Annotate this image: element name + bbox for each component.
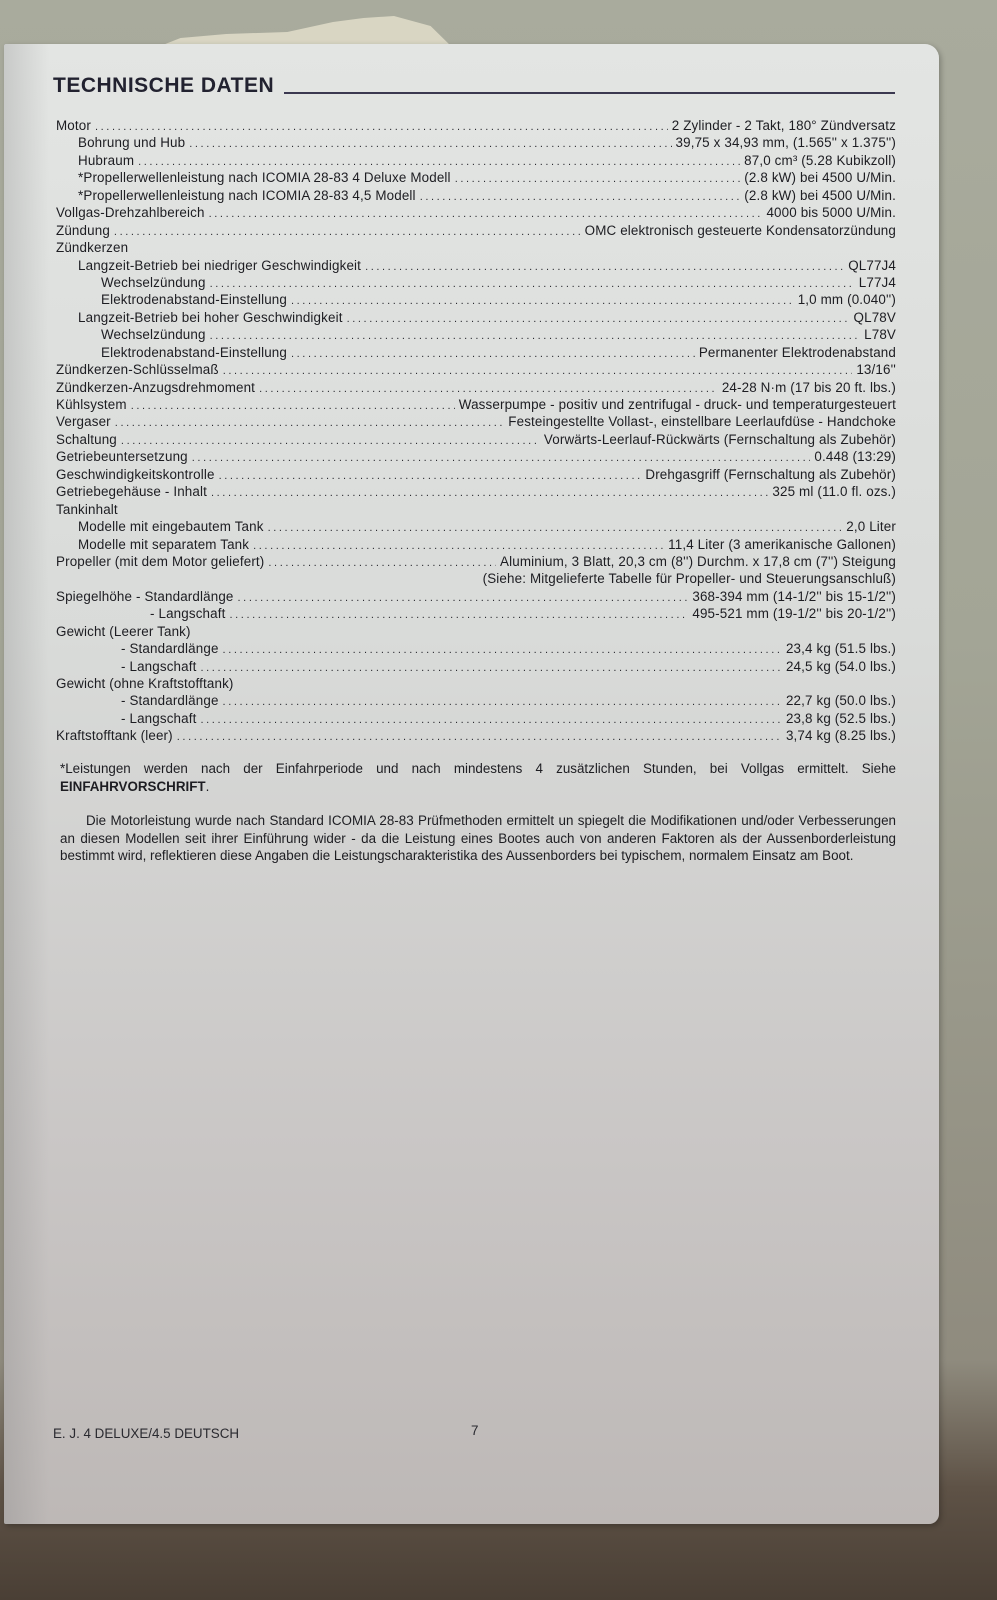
dot-leader: [131, 398, 455, 415]
spec-row: Bohrung und Hub39,75 x 34,93 mm, (1.565'…: [56, 134, 896, 151]
spec-value: OMC elektronisch gesteuerte Kondensatorz…: [585, 222, 896, 239]
spec-label: Hubraum: [56, 152, 134, 169]
spec-label: Zündkerzen-Anzugsdrehmoment: [56, 379, 255, 396]
spec-row: VergaserFesteingestellte Vollast-, einst…: [56, 413, 896, 430]
spec-row: *Propellerwellenleistung nach ICOMIA 28-…: [56, 169, 896, 186]
spec-value: 1,0 mm (0.040''): [798, 291, 896, 308]
spec-value: 495-521 mm (19-1/2'' bis 20-1/2''): [692, 605, 896, 622]
performance-paragraph: Die Motorleistung wurde nach Standard IC…: [60, 812, 896, 865]
spec-row: - Standardlänge23,4 kg (51.5 lbs.): [56, 640, 896, 657]
spec-label: Kühlsystem: [56, 396, 127, 413]
spec-row: Getriebegehäuse - Inhalt325 ml (11.0 fl.…: [56, 483, 896, 500]
spec-row: Elektrodenabstand-EinstellungPermanenter…: [56, 344, 896, 361]
spec-label: Bohrung und Hub: [56, 134, 185, 151]
spec-value: 0.448 (13:29): [814, 448, 896, 465]
spec-row: WechselzündungL78V: [56, 326, 896, 343]
spec-row: KühlsystemWasserpumpe - positiv und zent…: [56, 396, 896, 413]
spec-label: Getriebeuntersetzung: [56, 448, 188, 465]
spec-row: GeschwindigkeitskontrolleDrehgasgriff (F…: [56, 466, 896, 483]
dot-leader: [347, 311, 850, 328]
page-number: 7: [471, 1423, 478, 1438]
spec-row: Vollgas-Drehzahlbereich4000 bis 5000 U/M…: [56, 204, 896, 221]
spec-label: Zündung: [56, 222, 110, 239]
spec-label: - Langschaft: [56, 658, 197, 675]
spec-label: Gewicht (ohne Kraftstofftank): [56, 675, 234, 692]
spec-table: Motor2 Zylinder - 2 Takt, 180° Zündversa…: [56, 117, 896, 745]
dot-leader: [201, 712, 782, 729]
spec-label: Modelle mit eingebautem Tank: [56, 518, 264, 535]
spec-value: (Siehe: Mitgelieferte Tabelle für Propel…: [483, 570, 896, 587]
page-heading: TECHNISCHE DATEN: [53, 74, 895, 98]
spec-value: 2,0 Liter: [846, 518, 896, 535]
dot-leader: [291, 293, 794, 310]
spec-label: - Langschaft: [56, 710, 197, 727]
spec-row: Langzeit-Betrieb bei niedriger Geschwind…: [56, 257, 896, 274]
dot-leader: [189, 136, 671, 153]
spec-row: Zündkerzen-Anzugsdrehmoment24-28 N·m (17…: [56, 379, 896, 396]
spec-label: Motor: [56, 117, 91, 134]
spec-value: Festeingestellte Vollast-, einstellbare …: [508, 413, 896, 430]
spec-row: Propeller (mit dem Motor geliefert)Alumi…: [56, 553, 896, 570]
spec-row: Zündkerzen: [56, 239, 896, 256]
spec-value: 325 ml (11.0 fl. ozs.): [772, 483, 896, 500]
dot-leader: [223, 642, 782, 659]
spec-row: WechselzündungL77J4: [56, 274, 896, 291]
dot-leader: [291, 346, 695, 363]
spec-value: (2.8 kW) bei 4500 U/Min.: [744, 169, 896, 186]
dot-leader: [223, 694, 782, 711]
footnote: *Leistungen werden nach der Einfahrperio…: [60, 760, 896, 795]
dot-leader: [420, 189, 741, 206]
dot-leader: [268, 555, 496, 572]
spec-label: Elektrodenabstand-Einstellung: [56, 291, 287, 308]
spec-label: Tankinhalt: [56, 501, 118, 518]
spec-value: Permanenter Elektrodenabstand: [699, 344, 896, 361]
spec-row: Motor2 Zylinder - 2 Takt, 180° Zündversa…: [56, 117, 896, 134]
footer-model-label: E. J. 4 DELUXE/4.5 DEUTSCH: [53, 1426, 239, 1441]
spec-value: 23,4 kg (51.5 lbs.): [786, 640, 896, 657]
spec-value: 39,75 x 34,93 mm, (1.565'' x 1.375''): [676, 134, 896, 151]
spec-label: *Propellerwellenleistung nach ICOMIA 28-…: [56, 169, 451, 186]
spec-row: - Langschaft24,5 kg (54.0 lbs.): [56, 658, 896, 675]
spec-label: Vollgas-Drehzahlbereich: [56, 204, 205, 221]
spec-label: Geschwindigkeitskontrolle: [56, 466, 215, 483]
spec-label: Zündkerzen-Schlüsselmaß: [56, 361, 219, 378]
footnote-reference: EINFAHRVORSCHRIFT: [60, 779, 206, 794]
spec-row: Zündkerzen-Schlüsselmaß13/16'': [56, 361, 896, 378]
heading-rule: [284, 92, 895, 94]
notes: *Leistungen werden nach der Einfahrperio…: [60, 760, 896, 882]
dot-leader: [455, 171, 741, 188]
spec-value: 4000 bis 5000 U/Min.: [766, 204, 896, 221]
dot-leader: [211, 485, 768, 502]
spec-value: 368-394 mm (14-1/2'' bis 15-1/2''): [692, 588, 896, 605]
spec-row: Modelle mit eingebautem Tank2,0 Liter: [56, 518, 896, 535]
spec-label: Schaltung: [56, 431, 117, 448]
spec-value: 24-28 N·m (17 bis 20 ft. lbs.): [722, 379, 896, 396]
spec-row: Tankinhalt: [56, 501, 896, 518]
dot-leader: [201, 660, 782, 677]
spec-value: Aluminium, 3 Blatt, 20,3 cm (8'') Durchm…: [500, 553, 896, 570]
dot-leader: [219, 468, 642, 485]
spec-value: 87,0 cm³ (5.28 Kubikzoll): [744, 152, 896, 169]
spec-label: Propeller (mit dem Motor geliefert): [56, 553, 264, 570]
dot-leader: [177, 729, 782, 746]
spec-value: L77J4: [859, 274, 896, 291]
spec-label: Gewicht (Leerer Tank): [56, 623, 191, 640]
spec-row: ZündungOMC elektronisch gesteuerte Konde…: [56, 222, 896, 239]
spec-row: Langzeit-Betrieb bei hoher Geschwindigke…: [56, 309, 896, 326]
spec-row: - Standardlänge22,7 kg (50.0 lbs.): [56, 692, 896, 709]
spec-label: Vergaser: [56, 413, 111, 430]
spec-label: Langzeit-Betrieb bei niedriger Geschwind…: [56, 257, 361, 274]
spec-row: SchaltungVorwärts-Leerlauf-Rückwärts (Fe…: [56, 431, 896, 448]
spec-row: Elektrodenabstand-Einstellung1,0 mm (0.0…: [56, 291, 896, 308]
spec-value: L78V: [864, 326, 896, 343]
dot-leader: [114, 224, 581, 241]
dot-leader: [365, 259, 844, 276]
page-title: TECHNISCHE DATEN: [53, 74, 274, 98]
spec-label: Elektrodenabstand-Einstellung: [56, 344, 287, 361]
spec-label: Getriebegehäuse - Inhalt: [56, 483, 207, 500]
spec-row: Gewicht (Leerer Tank): [56, 623, 896, 640]
spec-value: QL78V: [854, 309, 896, 326]
dot-leader: [115, 415, 504, 432]
spec-label: - Standardlänge: [56, 640, 219, 657]
spec-label: Langzeit-Betrieb bei hoher Geschwindigke…: [56, 309, 343, 326]
spec-value: QL77J4: [848, 257, 896, 274]
spec-label: Spiegelhöhe - Standardlänge: [56, 588, 234, 605]
spec-value: Vorwärts-Leerlauf-Rückwärts (Fernschaltu…: [544, 431, 896, 448]
dot-leader: [238, 590, 689, 607]
dot-leader: [210, 276, 855, 293]
spec-row: - Langschaft495-521 mm (19-1/2'' bis 20-…: [56, 605, 896, 622]
spec-value: (2.8 kW) bei 4500 U/Min.: [744, 187, 896, 204]
spec-row: Gewicht (ohne Kraftstofftank): [56, 675, 896, 692]
spec-row: (Siehe: Mitgelieferte Tabelle für Propel…: [56, 570, 896, 587]
spec-label: - Langschaft: [56, 605, 226, 622]
spec-label: *Propellerwellenleistung nach ICOMIA 28-…: [56, 187, 416, 204]
spec-row: Modelle mit separatem Tank11,4 Liter (3 …: [56, 536, 896, 553]
spec-row: Spiegelhöhe - Standardlänge368-394 mm (1…: [56, 588, 896, 605]
spec-label: Kraftstofftank (leer): [56, 727, 173, 744]
spec-value: 2 Zylinder - 2 Takt, 180° Zündversatz: [672, 117, 896, 134]
spec-row: - Langschaft23,8 kg (52.5 lbs.): [56, 710, 896, 727]
spec-value: 23,8 kg (52.5 lbs.): [786, 710, 896, 727]
spec-value: 24,5 kg (54.0 lbs.): [786, 658, 896, 675]
manual-page: TECHNISCHE DATEN Motor2 Zylinder - 2 Tak…: [4, 44, 939, 1524]
spec-row: Kraftstofftank (leer)3,74 kg (8.25 lbs.): [56, 727, 896, 744]
spec-label: Modelle mit separatem Tank: [56, 536, 249, 553]
spec-row: Getriebeuntersetzung0.448 (13:29): [56, 448, 896, 465]
spec-value: 3,74 kg (8.25 lbs.): [786, 727, 896, 744]
spec-value: 13/16'': [856, 361, 896, 378]
spec-label: Zündkerzen: [56, 239, 128, 256]
spec-row: *Propellerwellenleistung nach ICOMIA 28-…: [56, 187, 896, 204]
spec-label: - Standardlänge: [56, 692, 219, 709]
spec-value: 11,4 Liter (3 amerikanische Gallonen): [668, 536, 896, 553]
spec-value: Drehgasgriff (Fernschaltung als Zubehör): [645, 466, 896, 483]
spec-row: Hubraum87,0 cm³ (5.28 Kubikzoll): [56, 152, 896, 169]
spec-label: Wechselzündung: [56, 326, 206, 343]
dot-leader: [230, 607, 689, 624]
spec-value: 22,7 kg (50.0 lbs.): [786, 692, 896, 709]
spec-label: Wechselzündung: [56, 274, 206, 291]
spec-value: Wasserpumpe - positiv und zentrifugal - …: [459, 396, 896, 413]
